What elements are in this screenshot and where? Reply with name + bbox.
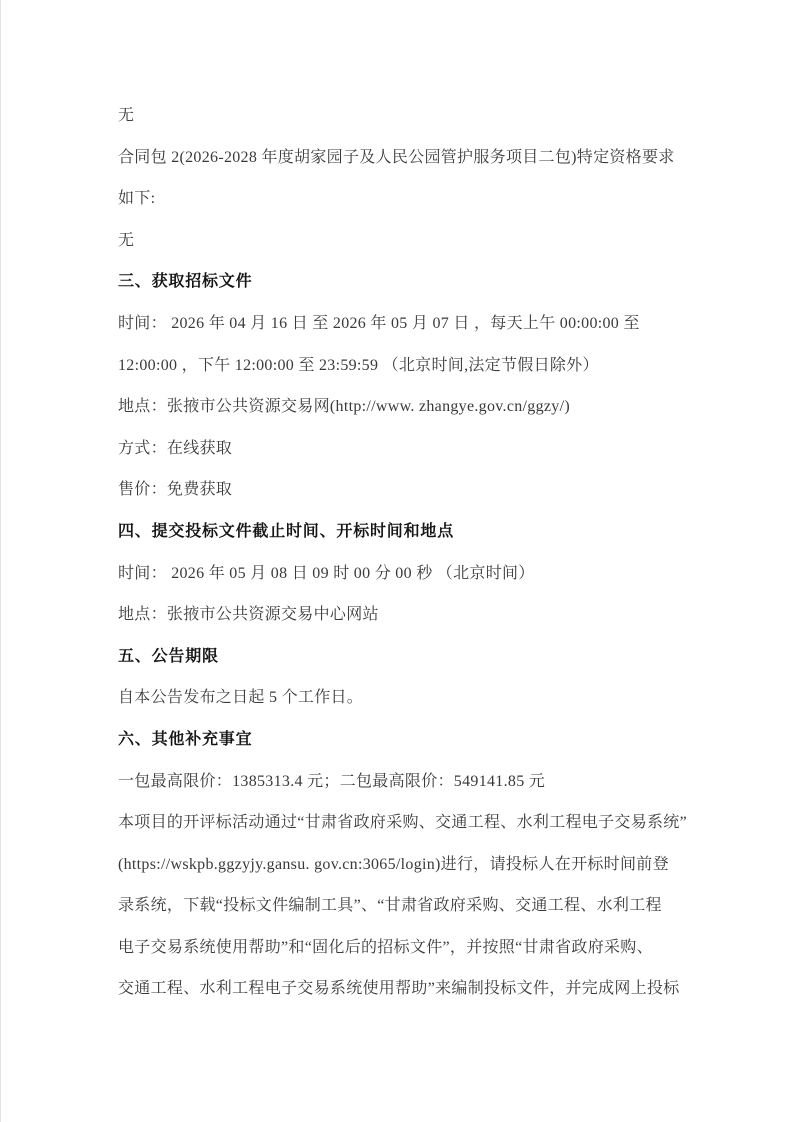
doc-line-none-1: 无 (118, 95, 680, 137)
section-heading-4-submission-deadline: 四、提交投标文件截止时间、开标时间和地点 (118, 511, 680, 553)
section-heading-5-announcement-period: 五、公告期限 (118, 636, 680, 678)
doc-line-as-follows: 如下: (118, 178, 680, 220)
page-edge-line (0, 0, 1, 1122)
doc-line-paragraph-system-3: 录系统，下载“投标文件编制工具”、“甘肃省政府采购、交通工程、水利工程 (118, 885, 680, 927)
doc-line-obtain-price: 售价：免费获取 (118, 469, 680, 511)
document-page: 无 合同包 2(2026-2028 年度胡家园子及人民公园管护服务项目二包)特定… (0, 0, 793, 1122)
doc-line-paragraph-system-4: 电子交易系统使用帮助”和“固化后的招标文件”，并按照“甘肃省政府采购、 (118, 927, 680, 969)
section-heading-3-obtain-bid-documents: 三、获取招标文件 (118, 261, 680, 303)
doc-line-obtain-location: 地点：张掖市公共资源交易网(http://www. zhangye.gov.cn… (118, 386, 680, 428)
doc-line-price-limits: 一包最高限价：1385313.4 元；二包最高限价：549141.85 元 (118, 761, 680, 803)
section-heading-6-other-matters: 六、其他补充事宜 (118, 719, 680, 761)
document-content: 无 合同包 2(2026-2028 年度胡家园子及人民公园管护服务项目二包)特定… (118, 95, 680, 1010)
doc-line-obtain-time-part2: 12:00:00 ，下午 12:00:00 至 23:59:59 （北京时间,法… (118, 345, 680, 387)
doc-line-announcement-period: 自本公告发布之日起 5 个工作日。 (118, 677, 680, 719)
doc-line-obtain-method: 方式：在线获取 (118, 428, 680, 470)
doc-line-contract-pkg2-qualification: 合同包 2(2026-2028 年度胡家园子及人民公园管护服务项目二包)特定资格… (118, 137, 680, 179)
doc-line-opening-location: 地点：张掖市公共资源交易中心网站 (118, 594, 680, 636)
doc-line-obtain-time-part1: 时间： 2026 年 04 月 16 日 至 2026 年 05 月 07 日 … (118, 303, 680, 345)
doc-line-paragraph-system-1: 本项目的开评标活动通过“甘肃省政府采购、交通工程、水利工程电子交易系统” (118, 802, 680, 844)
doc-line-paragraph-system-2: (https://wskpb.ggzyjy.gansu. gov.cn:3065… (118, 844, 680, 886)
doc-line-paragraph-system-5: 交通工程、水利工程电子交易系统使用帮助”来编制投标文件，并完成网上投标 (118, 968, 680, 1010)
doc-line-none-2: 无 (118, 220, 680, 262)
doc-line-opening-time: 时间： 2026 年 05 月 08 日 09 时 00 分 00 秒 （北京时… (118, 553, 680, 595)
